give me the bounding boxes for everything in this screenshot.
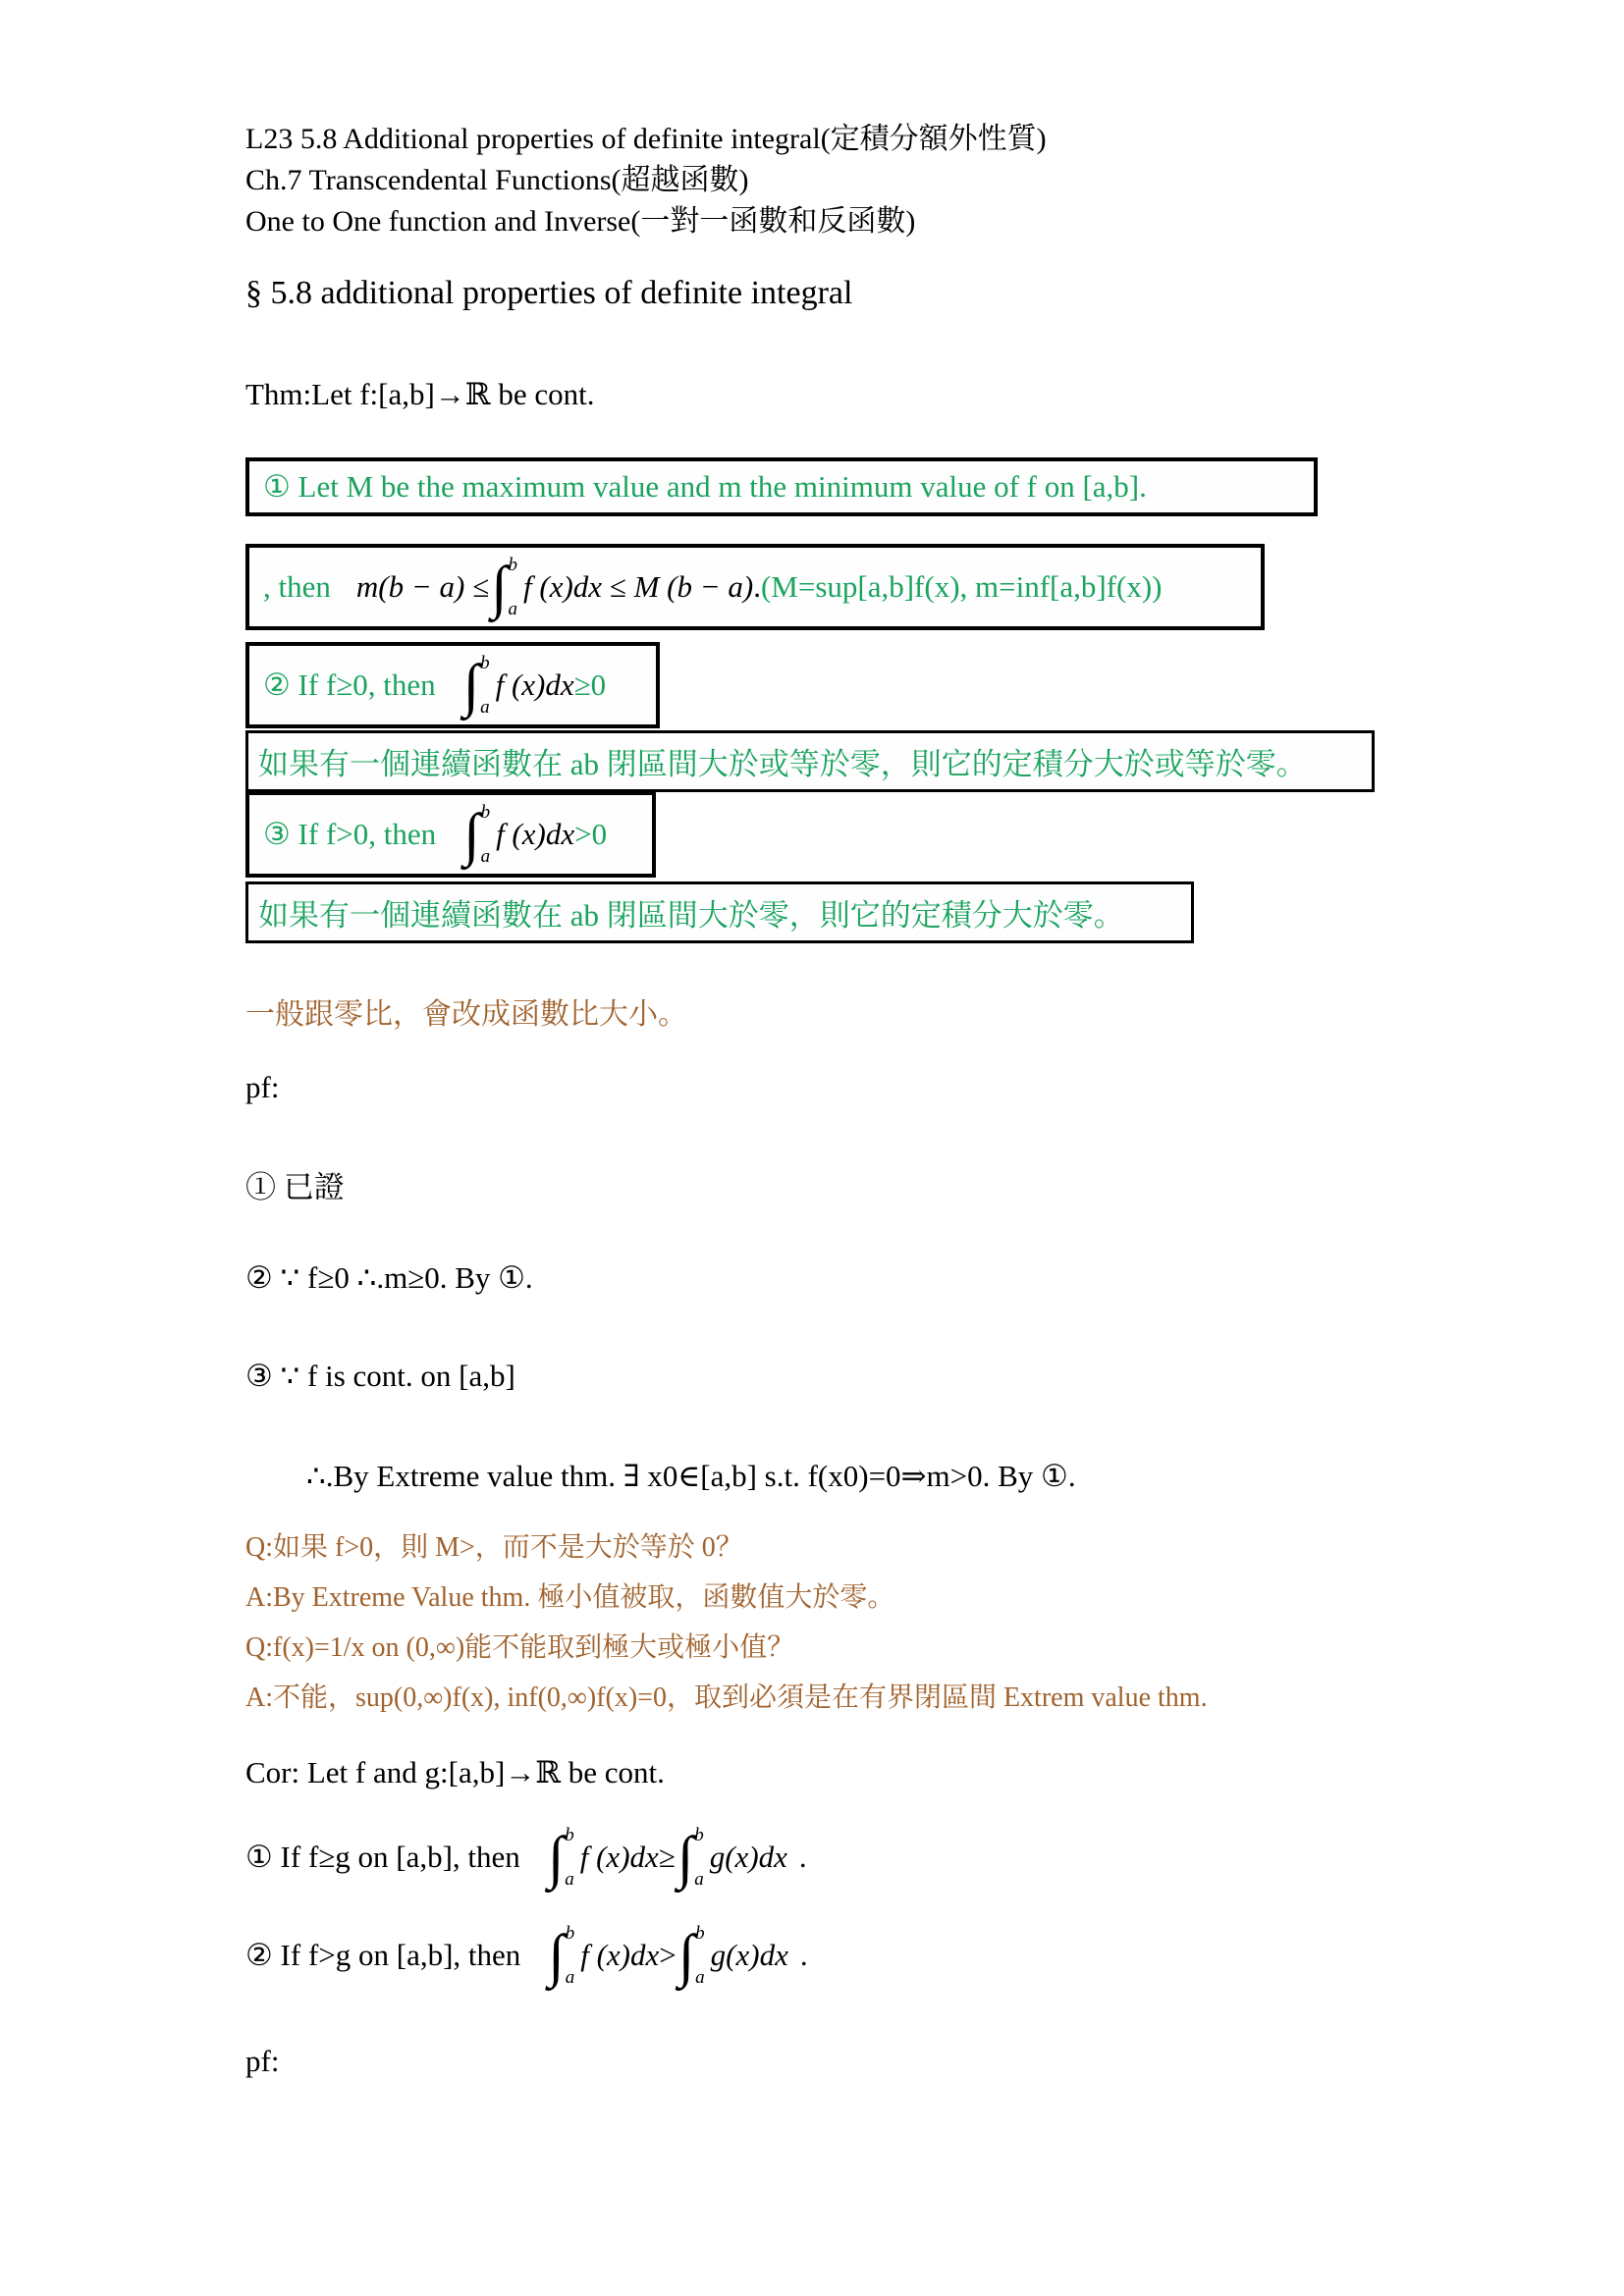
integral-icon: ∫	[463, 659, 479, 712]
cor2-f-math: f (x)dx	[580, 1938, 659, 1973]
corollary-statement: Cor: Let f and g:[a,b]→ℝ be cont.	[245, 1755, 665, 1790]
box-nonnegative-integral: ② If f≥0, then ∫ b a f (x)dx ≥0	[245, 642, 660, 728]
integral-sign-group: ∫ b a	[548, 1826, 578, 1889]
cn2-text: 如果有一個連續函數在 ab 閉區間大於零，則它的定積分大於零。	[258, 890, 1124, 934]
proof-label-1: pf:	[245, 1070, 279, 1105]
header-line-3: One to One function and Inverse(一對一函數和反函…	[245, 202, 915, 242]
cor2-end: .	[800, 1938, 808, 1973]
integral-lower-limit: a	[566, 1968, 575, 1987]
box-max-min-statement: ① Let M be the maximum value and m the m…	[245, 457, 1318, 516]
integral-icon: ∫	[678, 1929, 694, 1982]
integral-limits: b a	[481, 803, 491, 866]
integral-sign-group: ∫ b a	[463, 654, 494, 717]
corollary-item-1: ① If f≥g on [a,b], then ∫ b a f (x)dx ≥ …	[245, 1826, 807, 1889]
integral-lower-limit: a	[694, 1870, 704, 1889]
box4-math: f (x)dx	[496, 817, 574, 852]
integral-upper-limit: b	[509, 556, 518, 574]
integral-limits: b a	[509, 556, 518, 618]
box3-prefix: ② If f≥0, then	[263, 667, 436, 703]
cor1-end: .	[799, 1840, 807, 1875]
box2-math-post: f (x)dx ≤ M (b − a)	[523, 569, 753, 605]
integral-sign-group: ∫ b a	[677, 1826, 708, 1889]
box-chinese-note-positive: 如果有一個連續函數在 ab 閉區間大於零，則它的定積分大於零。	[245, 881, 1194, 943]
integral-lower-limit: a	[509, 600, 518, 618]
integral-icon: ∫	[677, 1831, 693, 1884]
corollary-item-2: ② If f>g on [a,b], then ∫ b a f (x)dx > …	[245, 1924, 808, 1987]
box2-dot: .	[753, 569, 761, 605]
integral-limits: b a	[480, 654, 490, 717]
box4-suffix: >0	[574, 817, 607, 852]
cor1-f-math: f (x)dx	[580, 1840, 659, 1875]
integral-sign-group: ∫ b a	[548, 1924, 578, 1987]
cor2-relation: >	[659, 1938, 676, 1973]
box-positive-integral: ③ If f>0, then ∫ b a f (x)dx >0	[245, 791, 656, 878]
proof-label-2: pf:	[245, 2044, 279, 2079]
integral-upper-limit: b	[694, 1826, 704, 1844]
box3-math: f (x)dx	[496, 667, 574, 703]
box3-suffix: ≥0	[574, 667, 607, 703]
integral-limits: b a	[694, 1826, 704, 1889]
qa-line-2: A:By Extreme Value thm. 極小值被取，函數值大於零。	[245, 1574, 1208, 1624]
cor2-g-math: g(x)dx	[711, 1938, 788, 1973]
section-heading: § 5.8 additional properties of definite …	[245, 275, 852, 312]
qa-line-4: A:不能，sup(0,∞)f(x), inf(0,∞)f(x)=0，取到必須是在…	[245, 1674, 1208, 1724]
integral-icon: ∫	[491, 561, 507, 614]
integral-upper-limit: b	[480, 654, 490, 672]
integral-icon: ∫	[548, 1929, 564, 1982]
box4-prefix: ③ If f>0, then	[263, 817, 436, 852]
integral-lower-limit: a	[565, 1870, 574, 1889]
box2-sup-inf-note: (M=sup[a,b]f(x), m=inf[a,b]f(x))	[761, 569, 1163, 605]
integral-upper-limit: b	[695, 1924, 705, 1943]
theorem-statement: Thm:Let f:[a,b]→ℝ be cont.	[245, 377, 594, 412]
integral-upper-limit: b	[566, 1924, 575, 1943]
cor1-g-math: g(x)dx	[710, 1840, 787, 1875]
brown-note: 一般跟零比，會改成函數比大小。	[245, 995, 687, 1036]
proof-conclusion: ∴.By Extreme value thm. ∃ x0∈[a,b] s.t. …	[306, 1459, 1076, 1494]
qa-block: Q:如果 f>0，則 M>，而不是大於等於 0？ A:By Extreme Va…	[245, 1523, 1208, 1724]
cor2-prefix: ② If f>g on [a,b], then	[245, 1938, 520, 1973]
header-line-2: Ch.7 Transcendental Functions(超越函數)	[245, 161, 748, 201]
proof-item-2: ② ∵ f≥0 ∴.m≥0. By ①.	[245, 1260, 533, 1296]
integral-icon: ∫	[463, 808, 479, 861]
integral-sign-group: ∫ b a	[491, 556, 521, 618]
box-bounds-formula: , then m(b − a) ≤ ∫ b a f (x)dx ≤ M (b −…	[245, 544, 1265, 630]
cor1-relation: ≥	[659, 1840, 676, 1875]
proof-item-1: ① 已證	[245, 1162, 345, 1206]
box2-prefix: , then	[263, 569, 331, 605]
integral-sign-group: ∫ b a	[463, 803, 494, 866]
integral-limits: b a	[566, 1924, 575, 1987]
integral-limits: b a	[695, 1924, 705, 1987]
box2-math-pre: m(b − a) ≤	[356, 569, 489, 605]
integral-sign-group: ∫ b a	[678, 1924, 709, 1987]
integral-icon: ∫	[548, 1831, 564, 1884]
cor1-prefix: ① If f≥g on [a,b], then	[245, 1840, 520, 1875]
qa-line-3: Q:f(x)=1/x on (0,∞)能不能取到極大或極小值？	[245, 1624, 1208, 1674]
qa-line-1: Q:如果 f>0，則 M>，而不是大於等於 0？	[245, 1523, 1208, 1574]
integral-lower-limit: a	[480, 698, 490, 717]
document-page: L23 5.8 Additional properties of definit…	[0, 0, 1624, 2296]
integral-limits: b a	[565, 1826, 574, 1889]
integral-lower-limit: a	[481, 847, 491, 866]
integral-lower-limit: a	[695, 1968, 705, 1987]
cn1-text: 如果有一個連續函數在 ab 閉區間大於或等於零，則它的定積分大於或等於零。	[258, 739, 1307, 783]
integral-upper-limit: b	[481, 803, 491, 822]
header-line-1: L23 5.8 Additional properties of definit…	[245, 120, 1047, 160]
box1-text: ① Let M be the maximum value and m the m…	[263, 469, 1147, 505]
integral-upper-limit: b	[565, 1826, 574, 1844]
proof-item-3: ③ ∵ f is cont. on [a,b]	[245, 1359, 515, 1394]
box-chinese-note-nonnegative: 如果有一個連續函數在 ab 閉區間大於或等於零，則它的定積分大於或等於零。	[245, 730, 1375, 792]
